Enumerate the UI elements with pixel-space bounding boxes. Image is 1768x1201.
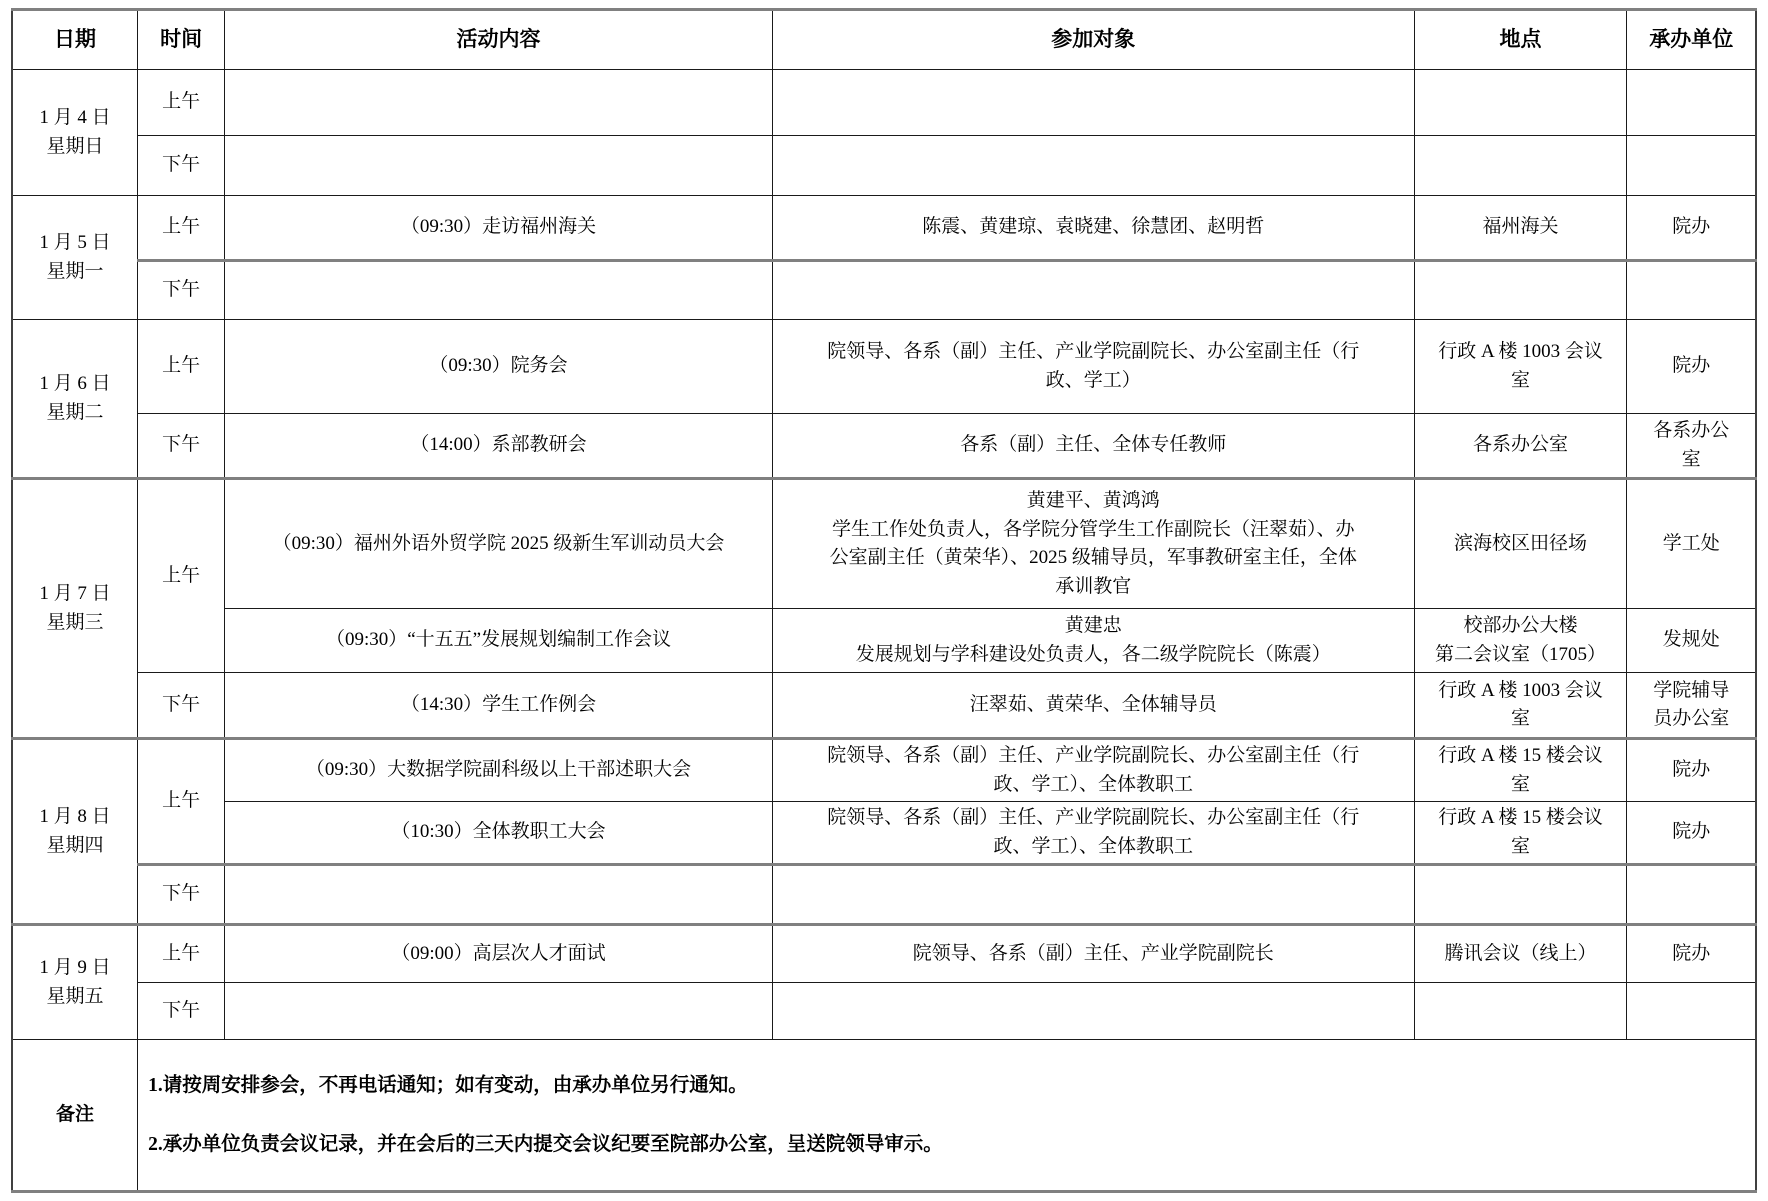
activity-cell: （09:30）院务会	[225, 320, 773, 414]
row-jan7-am2: （09:30）“十五五”发展规划编制工作会议 黄建忠 发展规划与学科建设处负责人…	[12, 609, 1756, 673]
location-cell: 行政 A 楼 15 楼会议 室	[1414, 739, 1627, 802]
activity-cell: （09:30）“十五五”发展规划编制工作会议	[225, 609, 773, 673]
date-cell-jan9: 1 月 9 日 星期五	[12, 925, 138, 1040]
organizer-cell: 学院辅导 员办公室	[1627, 673, 1756, 739]
date-cell-jan7: 1 月 7 日 星期三	[12, 479, 138, 739]
activity-cell: （14:00）系部教研会	[225, 414, 773, 479]
participants-cell: 院领导、各系（副）主任、产业学院副院长、办公室副主任（行 政、学工）、全体教职工	[772, 802, 1414, 865]
activity-cell	[225, 70, 773, 136]
location-cell: 滨海校区田径场	[1414, 479, 1627, 609]
location-cell	[1414, 983, 1627, 1040]
col-header-activity: 活动内容	[225, 10, 773, 70]
participants-cell	[772, 136, 1414, 196]
participants-cell: 院领导、各系（副）主任、产业学院副院长	[772, 925, 1414, 983]
row-jan9-am: 1 月 9 日 星期五 上午 （09:00）高层次人才面试 院领导、各系（副）主…	[12, 925, 1756, 983]
row-jan4-pm: 下午	[12, 136, 1756, 196]
participants-cell: 汪翠茹、黄荣华、全体辅导员	[772, 673, 1414, 739]
organizer-cell	[1627, 70, 1756, 136]
weekly-schedule-table: 日期 时间 活动内容 参加对象 地点 承办单位 1 月 4 日 星期日 上午 下…	[11, 8, 1757, 1193]
row-remarks: 备注 1.请按周安排参会，不再电话通知；如有变动，由承办单位另行通知。 2.承办…	[12, 1040, 1756, 1192]
time-cell: 下午	[138, 261, 225, 320]
time-cell: 上午	[138, 479, 225, 673]
activity-cell	[225, 261, 773, 320]
row-jan8-pm: 下午	[12, 865, 1756, 925]
participants-cell	[772, 983, 1414, 1040]
row-jan8-am1: 1 月 8 日 星期四 上午 （09:30）大数据学院副科级以上干部述职大会 院…	[12, 739, 1756, 802]
organizer-cell: 各系办公 室	[1627, 414, 1756, 479]
activity-cell: （14:30）学生工作例会	[225, 673, 773, 739]
location-cell: 行政 A 楼 1003 会议 室	[1414, 673, 1627, 739]
location-cell: 各系办公室	[1414, 414, 1627, 479]
row-jan7-pm: 下午 （14:30）学生工作例会 汪翠茹、黄荣华、全体辅导员 行政 A 楼 10…	[12, 673, 1756, 739]
time-cell: 上午	[138, 320, 225, 414]
location-cell	[1414, 136, 1627, 196]
organizer-cell	[1627, 136, 1756, 196]
participants-cell: 黄建忠 发展规划与学科建设处负责人，各二级学院院长（陈震）	[772, 609, 1414, 673]
row-jan4-am: 1 月 4 日 星期日 上午	[12, 70, 1756, 136]
organizer-cell: 院办	[1627, 739, 1756, 802]
participants-cell: 院领导、各系（副）主任、产业学院副院长、办公室副主任（行 政、学工）、全体教职工	[772, 739, 1414, 802]
organizer-cell	[1627, 261, 1756, 320]
participants-cell: 陈震、黄建琼、袁晓建、徐慧团、赵明哲	[772, 196, 1414, 261]
organizer-cell	[1627, 983, 1756, 1040]
row-jan5-pm: 下午	[12, 261, 1756, 320]
location-cell: 行政 A 楼 15 楼会议 室	[1414, 802, 1627, 865]
row-jan9-pm: 下午	[12, 983, 1756, 1040]
activity-cell: （09:30）走访福州海关	[225, 196, 773, 261]
organizer-cell: 院办	[1627, 320, 1756, 414]
organizer-cell	[1627, 865, 1756, 925]
col-header-location: 地点	[1414, 10, 1627, 70]
time-cell: 上午	[138, 739, 225, 865]
activity-cell: （09:00）高层次人才面试	[225, 925, 773, 983]
row-jan8-am2: （10:30）全体教职工大会 院领导、各系（副）主任、产业学院副院长、办公室副主…	[12, 802, 1756, 865]
time-cell: 下午	[138, 673, 225, 739]
time-cell: 上午	[138, 196, 225, 261]
organizer-cell: 学工处	[1627, 479, 1756, 609]
participants-cell	[772, 261, 1414, 320]
organizer-cell: 院办	[1627, 925, 1756, 983]
activity-cell	[225, 136, 773, 196]
activity-cell	[225, 983, 773, 1040]
time-cell: 下午	[138, 983, 225, 1040]
row-jan5-am: 1 月 5 日 星期一 上午 （09:30）走访福州海关 陈震、黄建琼、袁晓建、…	[12, 196, 1756, 261]
row-jan6-am: 1 月 6 日 星期二 上午 （09:30）院务会 院领导、各系（副）主任、产业…	[12, 320, 1756, 414]
col-header-participants: 参加对象	[772, 10, 1414, 70]
date-cell-jan4: 1 月 4 日 星期日	[12, 70, 138, 196]
activity-cell: （09:30）福州外语外贸学院 2025 级新生军训动员大会	[225, 479, 773, 609]
remarks-label: 备注	[12, 1040, 138, 1192]
col-header-date: 日期	[12, 10, 138, 70]
activity-cell	[225, 865, 773, 925]
date-cell-jan5: 1 月 5 日 星期一	[12, 196, 138, 320]
organizer-cell: 发规处	[1627, 609, 1756, 673]
participants-cell: 院领导、各系（副）主任、产业学院副院长、办公室副主任（行 政、学工）	[772, 320, 1414, 414]
remarks-line-2: 2.承办单位负责会议记录，并在会后的三天内提交会议纪要至院部办公室，呈送院领导审…	[148, 1130, 1747, 1159]
header-row: 日期 时间 活动内容 参加对象 地点 承办单位	[12, 10, 1756, 70]
participants-cell	[772, 70, 1414, 136]
participants-cell	[772, 865, 1414, 925]
time-cell: 下午	[138, 414, 225, 479]
location-cell: 校部办公大楼 第二会议室（1705）	[1414, 609, 1627, 673]
row-jan6-pm: 下午 （14:00）系部教研会 各系（副）主任、全体专任教师 各系办公室 各系办…	[12, 414, 1756, 479]
location-cell: 行政 A 楼 1003 会议 室	[1414, 320, 1627, 414]
activity-cell: （10:30）全体教职工大会	[225, 802, 773, 865]
time-cell: 上午	[138, 925, 225, 983]
remarks-line-1: 1.请按周安排参会，不再电话通知；如有变动，由承办单位另行通知。	[148, 1071, 1747, 1100]
organizer-cell: 院办	[1627, 802, 1756, 865]
date-cell-jan8: 1 月 8 日 星期四	[12, 739, 138, 925]
time-cell: 下午	[138, 865, 225, 925]
participants-cell: 黄建平、黄鸿鸿 学生工作处负责人，各学院分管学生工作副院长（汪翠茹）、办 公室副…	[772, 479, 1414, 609]
location-cell	[1414, 865, 1627, 925]
location-cell	[1414, 70, 1627, 136]
col-header-time: 时间	[138, 10, 225, 70]
location-cell	[1414, 261, 1627, 320]
location-cell: 福州海关	[1414, 196, 1627, 261]
activity-cell: （09:30）大数据学院副科级以上干部述职大会	[225, 739, 773, 802]
remarks-content: 1.请按周安排参会，不再电话通知；如有变动，由承办单位另行通知。 2.承办单位负…	[138, 1040, 1756, 1192]
organizer-cell: 院办	[1627, 196, 1756, 261]
date-cell-jan6: 1 月 6 日 星期二	[12, 320, 138, 479]
participants-cell: 各系（副）主任、全体专任教师	[772, 414, 1414, 479]
time-cell: 下午	[138, 136, 225, 196]
col-header-organizer: 承办单位	[1627, 10, 1756, 70]
row-jan7-am1: 1 月 7 日 星期三 上午 （09:30）福州外语外贸学院 2025 级新生军…	[12, 479, 1756, 609]
location-cell: 腾讯会议（线上）	[1414, 925, 1627, 983]
time-cell: 上午	[138, 70, 225, 136]
